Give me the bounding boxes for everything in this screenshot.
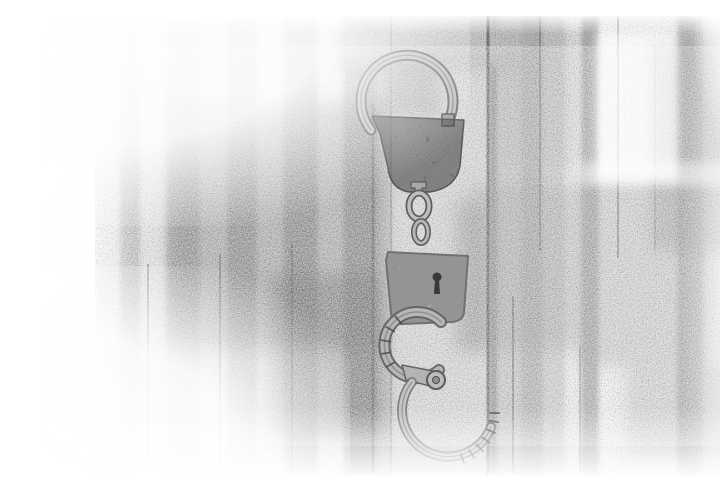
white-vignette <box>40 16 720 476</box>
scene-canvas <box>40 16 720 476</box>
prison-handcuffs-image: Faded black-and-white photo-sketch of a … <box>40 16 720 476</box>
